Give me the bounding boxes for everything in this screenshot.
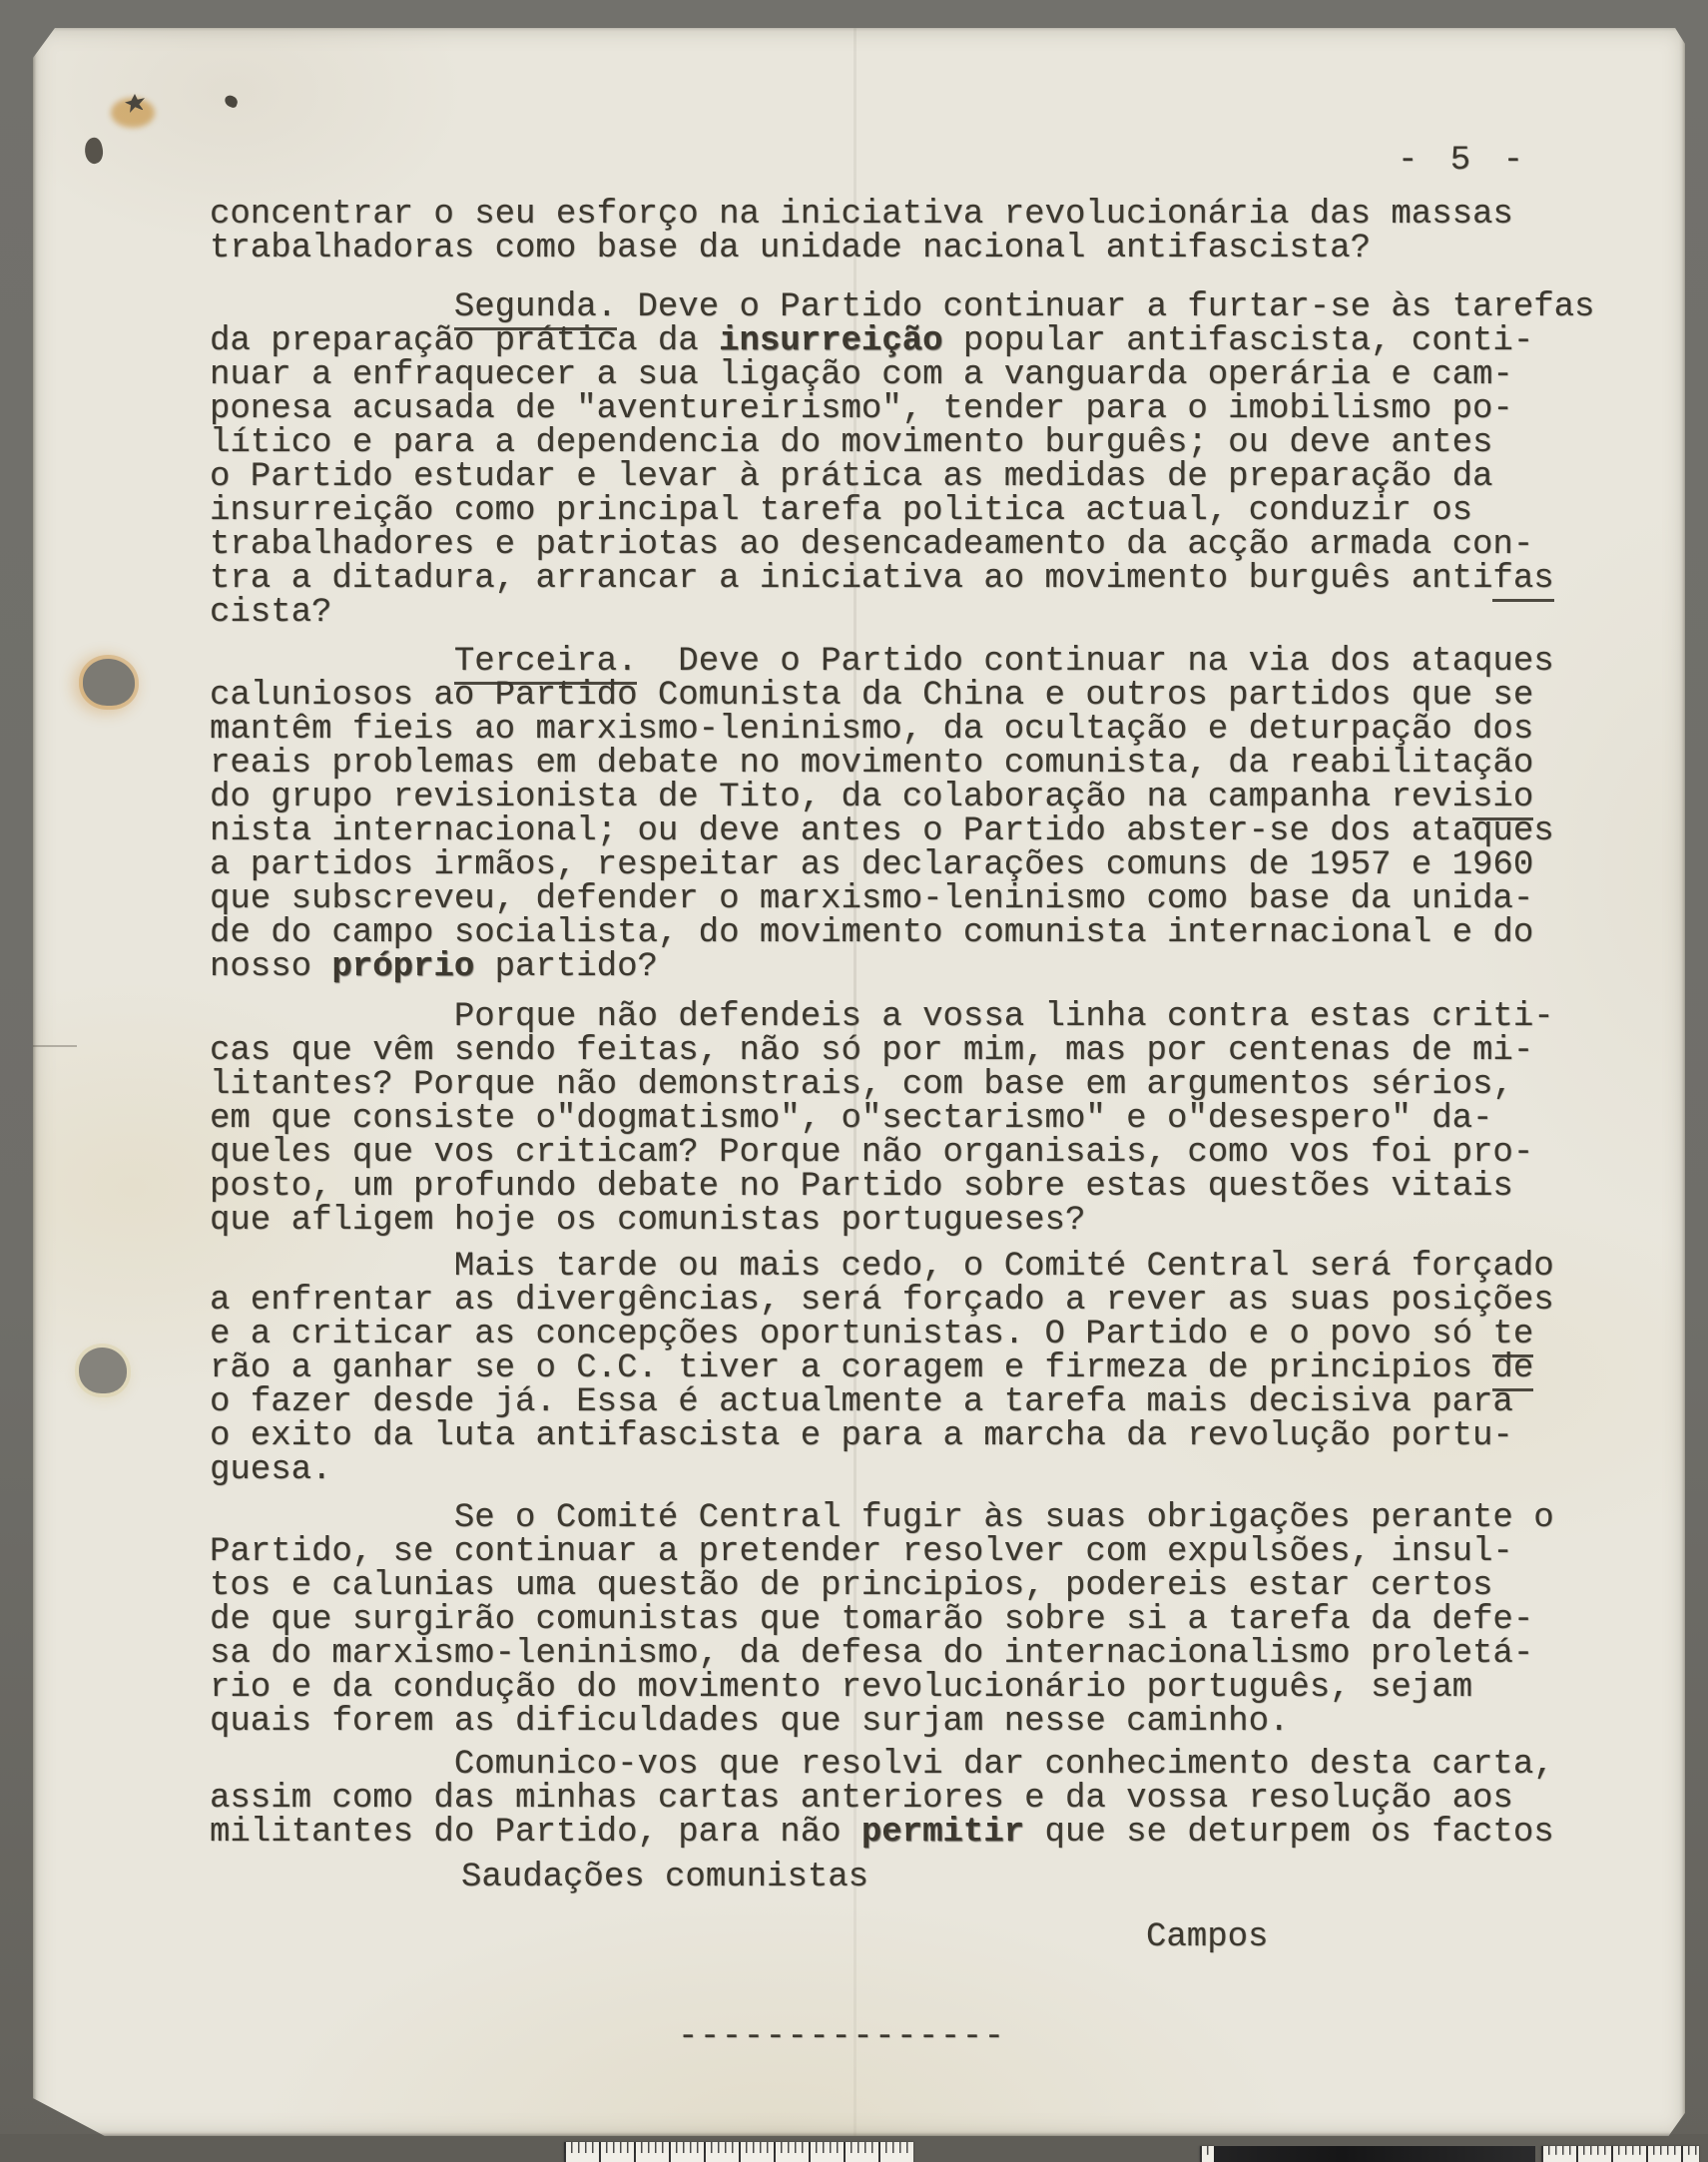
text-line: nuar a enfraquecer a sua ligação com a v… xyxy=(210,358,1627,392)
text-segment: de do campo socialista, do movimento com… xyxy=(210,914,1533,952)
text-line: de que surgirão comunistas que tomarão s… xyxy=(210,1603,1627,1637)
text-line: de do campo socialista, do movimento com… xyxy=(210,916,1627,950)
paragraph: Mais tarde ou mais cedo, o Comité Centra… xyxy=(210,1250,1627,1487)
text-segment: Porque não defendeis a vossa linha contr… xyxy=(210,998,1554,1036)
text-line: lítico e para a dependencia do movimento… xyxy=(210,426,1627,460)
text-segment: nuar a enfraquecer a sua ligação com a v… xyxy=(210,356,1513,394)
page-number: - 5 - xyxy=(1398,144,1529,178)
text-line: Comunico-vos que resolvi dar conheciment… xyxy=(210,1748,1627,1782)
bold-text: insurreição xyxy=(719,322,942,360)
text-segment: tra a ditadura, arrancar a iniciativa ao… xyxy=(210,560,1492,598)
punch-hole-top xyxy=(83,659,135,706)
text-segment: posto, um profundo debate no Partido sob… xyxy=(210,1168,1513,1206)
text-line: Se o Comité Central fugir às suas obriga… xyxy=(210,1501,1627,1535)
text-segment: rio e da condução do movimento revolucio… xyxy=(210,1669,1472,1707)
text-segment: trabalhadoras como base da unidade nacio… xyxy=(210,230,1371,268)
text-segment: litantes? Porque não demonstrais, com ba… xyxy=(210,1066,1513,1104)
text-line: em que consiste o"dogmatismo", o"sectari… xyxy=(210,1102,1627,1136)
crease-mark xyxy=(33,1045,77,1047)
bold-text: próprio xyxy=(331,948,474,986)
text-segment: tos e calunias uma questão de principios… xyxy=(210,1567,1492,1605)
text-segment: quais forem as dificuldades que surjam n… xyxy=(210,1703,1289,1741)
text-segment: partido? xyxy=(474,948,658,986)
text-segment: queles que vos criticam? Porque não orga… xyxy=(210,1134,1533,1172)
text-line: assim como das minhas cartas anteriores … xyxy=(210,1782,1627,1816)
text-segment: ponesa acusada de "aventureirismo", tend… xyxy=(210,390,1513,428)
text-segment: e a criticar as concepções oportunistas.… xyxy=(210,1316,1492,1353)
text-segment: Partido, se continuar a pretender resolv… xyxy=(210,1533,1513,1571)
text-segment: rão a ganhar se o C.C. tiver a coragem e… xyxy=(210,1350,1492,1387)
paragraph: Comunico-vos que resolvi dar conheciment… xyxy=(210,1748,1627,1850)
paragraph: Porque não defendeis a vossa linha contr… xyxy=(210,1000,1627,1238)
text-line: cas que vêm sendo feitas, não só por mim… xyxy=(210,1034,1627,1068)
paragraph: Se o Comité Central fugir às suas obriga… xyxy=(210,1501,1627,1739)
underlined-text: fas xyxy=(1492,560,1553,602)
closing-salutation: Saudações comunistas xyxy=(461,1861,868,1894)
text-segment: cista? xyxy=(210,594,331,632)
scanned-letter-page: - 5 - concentrar o seu esforço na inicia… xyxy=(0,0,1708,2162)
text-line: cista? xyxy=(210,596,1627,630)
text-line: Terceira. Deve o Partido continuar na vi… xyxy=(210,645,1627,679)
text-line: a partidos irmãos, respeitar as declaraç… xyxy=(210,848,1627,882)
text-segment: nosso xyxy=(210,948,331,986)
text-line: concentrar o seu esforço na iniciativa r… xyxy=(210,198,1627,232)
text-line: o Partido estudar e levar à prática as m… xyxy=(210,460,1627,494)
text-line: rão a ganhar se o C.C. tiver a coragem e… xyxy=(210,1351,1627,1385)
text-segment: lítico e para a dependencia do movimento… xyxy=(210,424,1492,462)
text-line: sa do marxismo-leninismo, da defesa do i… xyxy=(210,1637,1627,1671)
text-line: o exito da luta antifascista e para a ma… xyxy=(210,1419,1627,1453)
text-segment: cas que vêm sendo feitas, não só por mim… xyxy=(210,1032,1533,1070)
text-segment: a enfrentar as divergências, será forçad… xyxy=(210,1282,1554,1320)
text-line: tos e calunias uma questão de principios… xyxy=(210,1569,1627,1603)
text-line: tra a ditadura, arrancar a iniciativa ao… xyxy=(210,562,1627,596)
text-segment: popular antifascista, conti- xyxy=(943,322,1534,360)
text-segment: o Partido estudar e levar à prática as m… xyxy=(210,458,1492,496)
text-segment: caluniosos ao Partido Comunista da China… xyxy=(210,677,1533,715)
signature-name: Campos xyxy=(1146,1920,1268,1954)
text-segment: em que consiste o"dogmatismo", o"sectari… xyxy=(210,1100,1492,1138)
text-line: Mais tarde ou mais cedo, o Comité Centra… xyxy=(210,1250,1627,1284)
text-line: trabalhadores e patriotas ao desencadeam… xyxy=(210,528,1627,562)
text-line: a enfrentar as divergências, será forçad… xyxy=(210,1284,1627,1318)
text-line: mantêm fieis ao marxismo-leninismo, da o… xyxy=(210,713,1627,747)
text-line: que afligem hoje os comunistas portugues… xyxy=(210,1204,1627,1238)
ink-speck xyxy=(82,136,105,165)
text-segment: Deve o Partido continuar na via dos ataq… xyxy=(637,643,1553,681)
text-line: o fazer desde já. Essa é actualmente a t… xyxy=(210,1385,1627,1419)
text-segment: Se o Comité Central fugir às suas obriga… xyxy=(210,1499,1554,1537)
text-segment: Deve o Partido continuar a furtar-se às … xyxy=(617,288,1594,326)
paper-sheet: - 5 - concentrar o seu esforço na inicia… xyxy=(33,28,1685,2136)
text-segment xyxy=(210,288,454,326)
text-segment xyxy=(210,643,454,681)
text-segment: o exito da luta antifascista e para a ma… xyxy=(210,1417,1513,1455)
text-segment: que subscreveu, defender o marxismo-leni… xyxy=(210,880,1533,918)
text-segment: reais problemas em debate no movimento c… xyxy=(210,745,1533,783)
text-line: que subscreveu, defender o marxismo-leni… xyxy=(210,882,1627,916)
text-line: Segunda. Deve o Partido continuar a furt… xyxy=(210,290,1627,324)
text-line: militantes do Partido, para não permitir… xyxy=(210,1816,1627,1850)
punch-hole-bottom xyxy=(79,1348,127,1393)
text-segment: Mais tarde ou mais cedo, o Comité Centra… xyxy=(210,1248,1554,1286)
text-line: do grupo revisionista de Tito, da colabo… xyxy=(210,781,1627,814)
ink-speck xyxy=(224,94,240,109)
ruler-scale-right xyxy=(1541,2146,1699,2162)
text-line: quais forem as dificuldades que surjam n… xyxy=(210,1705,1627,1739)
text-segment: de que surgirão comunistas que tomarão s… xyxy=(210,1601,1533,1639)
ruler-scale-sliver xyxy=(1200,2146,1214,2162)
text-line: rio e da condução do movimento revolucio… xyxy=(210,1671,1627,1705)
text-segment: trabalhadores e patriotas ao desencadeam… xyxy=(210,526,1533,564)
text-segment: concentrar o seu esforço na iniciativa r… xyxy=(210,196,1513,234)
text-segment: nista internacional; ou deve antes o Par… xyxy=(210,812,1554,850)
text-line: caluniosos ao Partido Comunista da China… xyxy=(210,679,1627,713)
text-line: Porque não defendeis a vossa linha contr… xyxy=(210,1000,1627,1034)
text-segment: mantêm fieis ao marxismo-leninismo, da o… xyxy=(210,711,1533,749)
calibration-black-bar xyxy=(1214,2146,1535,2162)
text-segment: sa do marxismo-leninismo, da defesa do i… xyxy=(210,1635,1533,1673)
text-line: queles que vos criticam? Porque não orga… xyxy=(210,1136,1627,1170)
text-line: posto, um profundo debate no Partido sob… xyxy=(210,1170,1627,1204)
text-segment: militantes do Partido, para não xyxy=(210,1814,861,1852)
text-segment: insurreição como principal tarefa politi… xyxy=(210,492,1472,530)
bold-text: permitir xyxy=(861,1814,1024,1852)
text-segment: Comunico-vos que resolvi dar conheciment… xyxy=(210,1746,1554,1784)
text-segment: da preparação prática da xyxy=(210,322,719,360)
paragraph: Terceira. Deve o Partido continuar na vi… xyxy=(210,645,1627,984)
text-line: nista internacional; ou deve antes o Par… xyxy=(210,814,1627,848)
text-line: trabalhadoras como base da unidade nacio… xyxy=(210,232,1627,266)
text-line: da preparação prática da insurreição pop… xyxy=(210,324,1627,358)
paragraph: Segunda. Deve o Partido continuar a furt… xyxy=(210,290,1627,630)
text-line: insurreição como principal tarefa politi… xyxy=(210,494,1627,528)
text-segment: o fazer desde já. Essa é actualmente a t… xyxy=(210,1383,1513,1421)
text-segment: que afligem hoje os comunistas portugues… xyxy=(210,1202,1085,1240)
text-segment: assim como das minhas cartas anteriores … xyxy=(210,1780,1513,1818)
text-line: Partido, se continuar a pretender resolv… xyxy=(210,1535,1627,1569)
text-segment: do grupo revisionista de Tito, da colabo… xyxy=(210,779,1472,816)
text-line: ponesa acusada de "aventureirismo", tend… xyxy=(210,392,1627,426)
ruler-scale-left xyxy=(564,2142,913,2162)
text-segment: a partidos irmãos, respeitar as declaraç… xyxy=(210,846,1533,884)
end-separator-dashes: --------------- xyxy=(678,2020,1006,2054)
text-segment: que se deturpem os factos xyxy=(1024,1814,1554,1852)
text-line: nosso próprio partido? xyxy=(210,950,1627,984)
text-line: guesa. xyxy=(210,1453,1627,1487)
text-line: e a criticar as concepções oportunistas.… xyxy=(210,1318,1627,1351)
text-segment: guesa. xyxy=(210,1451,331,1489)
text-line: litantes? Porque não demonstrais, com ba… xyxy=(210,1068,1627,1102)
paragraph: concentrar o seu esforço na iniciativa r… xyxy=(210,198,1627,266)
text-line: reais problemas em debate no movimento c… xyxy=(210,747,1627,781)
